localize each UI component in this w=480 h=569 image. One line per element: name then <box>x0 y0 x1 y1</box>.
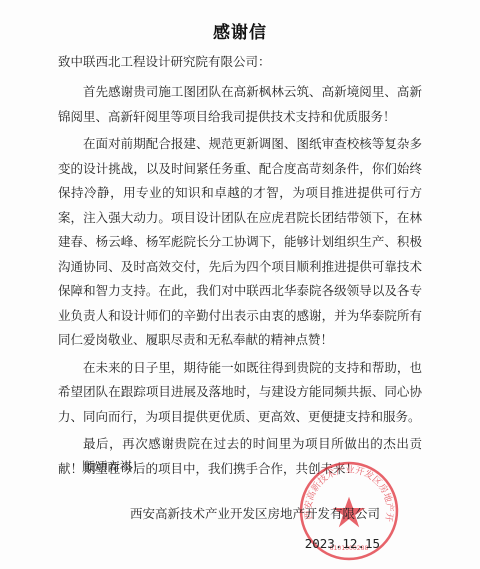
letter-page: 感谢信 致中联西北工程设计研究院有限公司： 首先感谢贵司施工图团队在高新枫林云筑… <box>0 0 480 569</box>
paragraph: 在面对前期配合报建、规范更新调图、图纸审查校核等复杂多变的设计挑战，以及时间紧任… <box>58 132 422 353</box>
salutation: 致中联西北工程设计研究院有限公司： <box>58 52 271 70</box>
letter-body: 首先感谢贵司施工图团队在高新枫林云筑、高新境阅里、高新锦阅里、高新轩阅里等项目给… <box>58 80 422 484</box>
paragraph: 首先感谢贵司施工图团队在高新枫林云筑、高新境阅里、高新锦阅里、高新轩阅里等项目给… <box>58 80 422 129</box>
paragraph: 在未来的日子里，期待能一如既往得到贵院的支持和帮助，也希望团队在跟踪项目进展及落… <box>58 356 422 430</box>
signer-company: 西安高新技术产业开发区房地产开发有限公司 <box>130 504 380 522</box>
letter-title: 感谢信 <box>0 18 480 43</box>
closing: 顺颂商祺！ <box>82 457 145 475</box>
signing-date: 2023.12.15 <box>305 536 380 551</box>
